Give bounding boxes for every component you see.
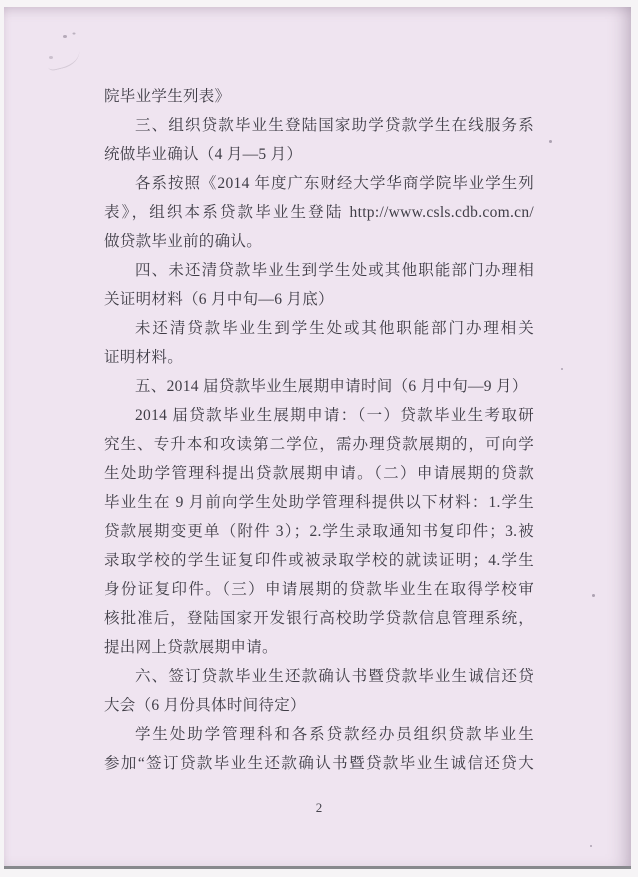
text-line-9: 未还清贷款毕业生到学生处或其他职能部门办理相关 — [104, 314, 534, 343]
scan-speck — [590, 845, 592, 847]
text-line-7: 四、未还清贷款毕业生到学生处或其他职能部门办理相 — [104, 256, 534, 285]
text-line-20: 提出网上贷款展期申请。 — [104, 633, 534, 662]
text-line-24: 参加“签订贷款毕业生还款确认书暨贷款毕业生诚信还贷大 — [104, 749, 534, 778]
pencil-smudge — [63, 35, 67, 38]
text-line-18: 身份证复印件。（三）申请展期的贷款毕业生在取得学校审 — [104, 575, 534, 604]
text-line-11: 五、2014 届贷款毕业生展期申请时间（6 月中旬—9 月） — [104, 372, 534, 401]
text-line-22: 大会（6 月份具体时间待定） — [104, 691, 534, 720]
text-line-13: 究生、专升本和攻读第二学位，需办理贷款展期的，可向学 — [104, 430, 534, 459]
scan-speck — [549, 140, 552, 143]
text-line-6: 做贷款毕业前的确认。 — [104, 227, 534, 256]
document-paper: 院毕业学生列表》三、组织贷款毕业生登陆国家助学贷款学生在线服务系统做毕业确认（4… — [4, 7, 631, 869]
text-line-16: 贷款展期变更单（附件 3）；2.学生录取通知书复印件；3.被 — [104, 517, 534, 546]
page-number: 2 — [104, 800, 534, 816]
scan-speck — [592, 594, 595, 597]
text-line-12: 2014 届贷款毕业生展期申请：（一）贷款毕业生考取研 — [104, 401, 534, 430]
text-line-8: 关证明材料（6 月中旬—6 月底） — [104, 285, 534, 314]
text-line-5: 表》，组织本系贷款毕业生登陆 http://www.csls.cdb.com.c… — [104, 198, 534, 227]
text-line-15: 毕业生在 9 月前向学生处助学管理科提供以下材料：1.学生 — [104, 488, 534, 517]
scanned-page-background: 院毕业学生列表》三、组织贷款毕业生登陆国家助学贷款学生在线服务系统做毕业确认（4… — [0, 0, 638, 877]
text-line-2: 三、组织贷款毕业生登陆国家助学贷款学生在线服务系 — [104, 111, 534, 140]
text-line-10: 证明材料。 — [104, 343, 534, 372]
text-line-17: 录取学校的学生证复印件或被录取学校的就读证明；4.学生 — [104, 546, 534, 575]
text-line-23: 学生处助学管理科和各系贷款经办员组织贷款毕业生 — [104, 720, 534, 749]
pencil-smudge — [49, 56, 53, 59]
text-line-3: 统做毕业确认（4 月—5 月） — [104, 140, 534, 169]
text-line-4: 各系按照《2014 年度广东财经大学华商学院毕业学生列 — [104, 169, 534, 198]
document-text-block: 院毕业学生列表》三、组织贷款毕业生登陆国家助学贷款学生在线服务系统做毕业确认（4… — [104, 82, 534, 778]
text-line-21: 六、签订贷款毕业生还款确认书暨贷款毕业生诚信还贷 — [104, 662, 534, 691]
text-line-1: 院毕业学生列表》 — [104, 82, 534, 111]
text-line-14: 生处助学管理科提出贷款展期申请。（二）申请展期的贷款 — [104, 459, 534, 488]
text-line-19: 核批准后，登陆国家开发银行高校助学贷款信息管理系统， — [104, 604, 534, 633]
pencil-smudge — [44, 41, 83, 72]
scan-speck — [561, 368, 563, 370]
